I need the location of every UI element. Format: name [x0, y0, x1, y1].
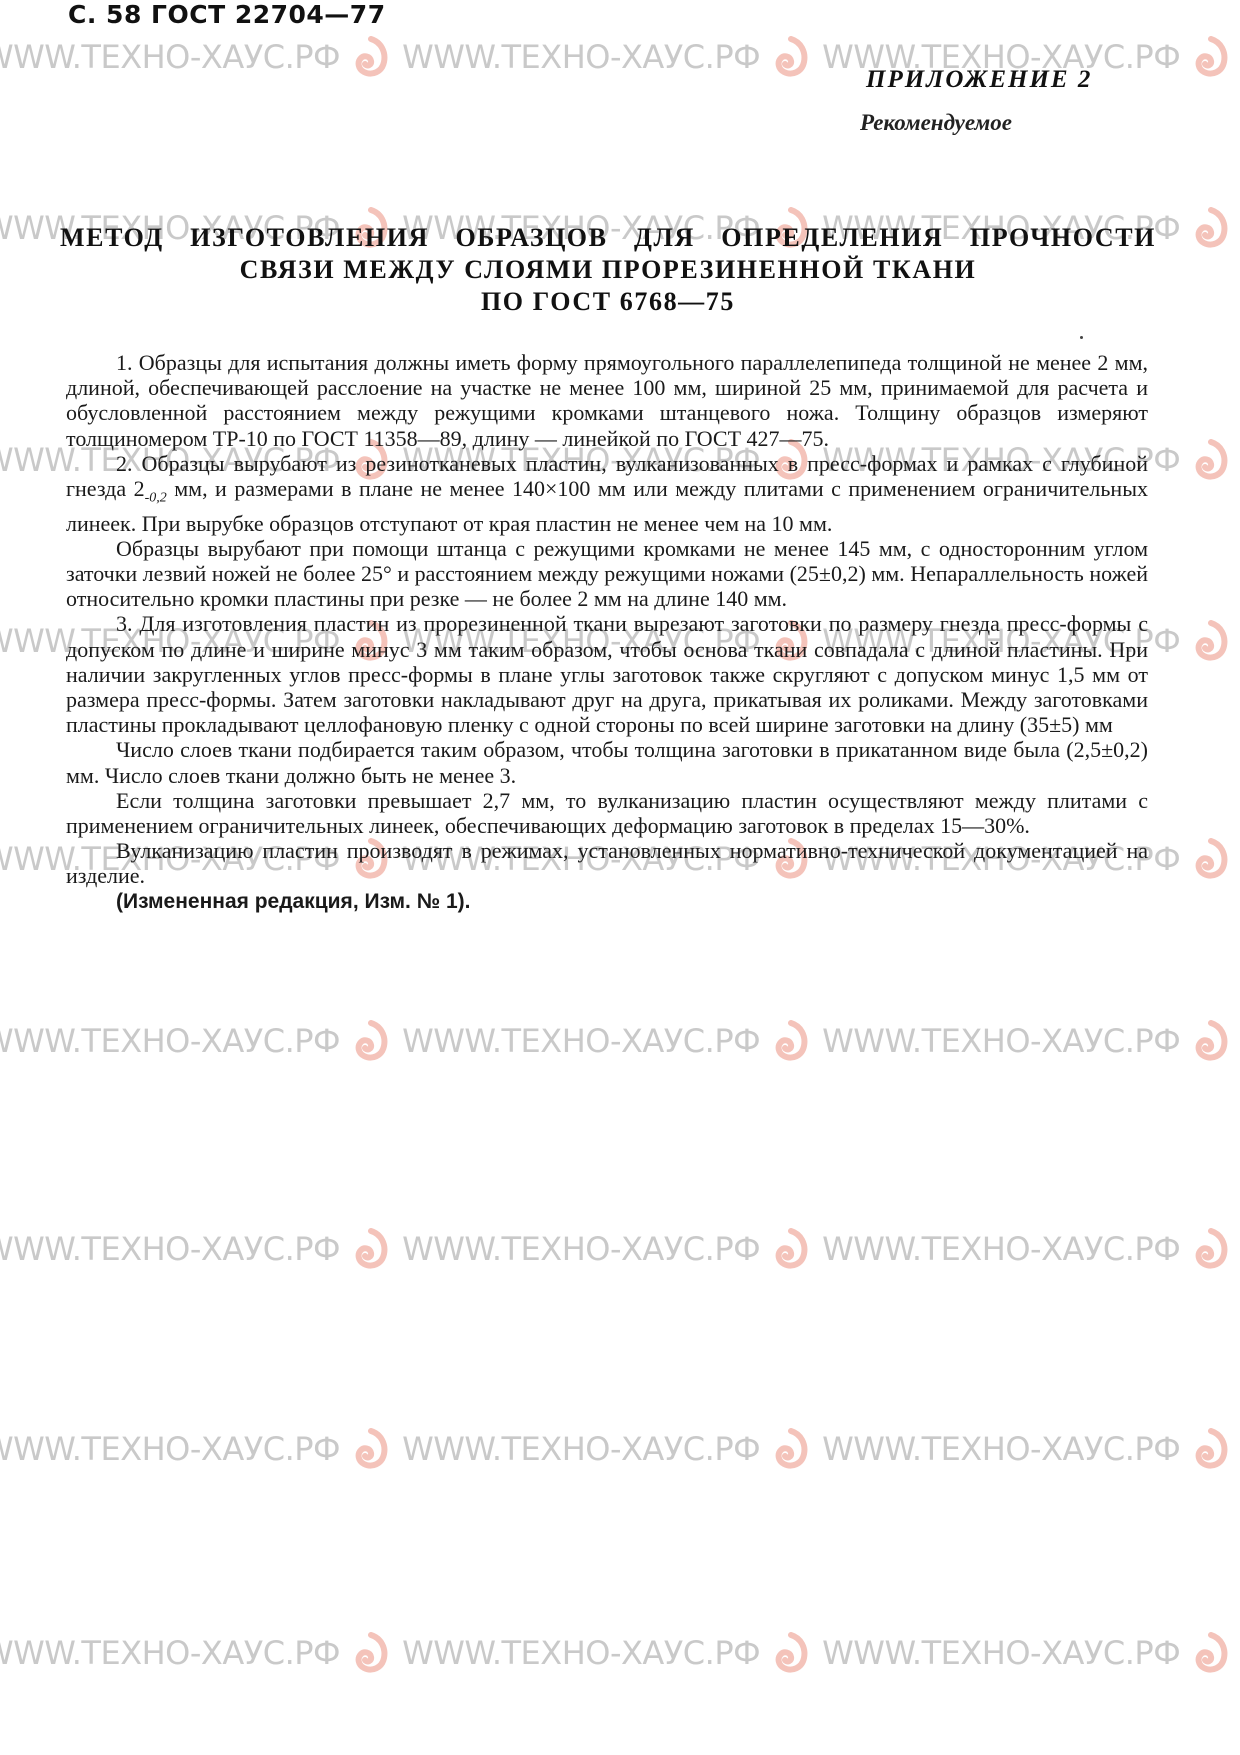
document-title: МЕТОД ИЗГОТОВЛЕНИЯ ОБРАЗЦОВ ДЛЯ ОПРЕДЕЛЕ… — [60, 222, 1156, 318]
title-line: СВЯЗИ МЕЖДУ СЛОЯМИ ПРОРЕЗИНЕННОЙ ТКАНИ — [60, 254, 1156, 286]
paragraph-2-end: мм, и размерами в плане не менее 140×100… — [66, 476, 1148, 536]
document-content: С. 58 ГОСТ 22704—77 ПРИЛОЖЕНИЕ 2 Рекомен… — [0, 0, 1240, 1755]
paragraph-2-cutting: Образцы вырубают при помощи штанца с реж… — [66, 536, 1148, 612]
amendment-note: (Измененная редакция, Изм. № 1). — [66, 889, 1148, 914]
paragraph-thickness: Если толщина заготовки превышает 2,7 мм,… — [66, 788, 1148, 838]
paragraph-vulcanization: Вулканизацию пластин производят в режима… — [66, 838, 1148, 888]
tolerance-subscript: -0,2 — [145, 490, 167, 505]
paragraph-layers: Число слоев ткани подбирается таким обра… — [66, 737, 1148, 787]
appendix-status: Рекомендуемое — [860, 110, 1012, 136]
paragraph-1: 1. Образцы для испытания должны иметь фо… — [66, 350, 1148, 451]
title-line: МЕТОД ИЗГОТОВЛЕНИЯ ОБРАЗЦОВ ДЛЯ ОПРЕДЕЛЕ… — [60, 222, 1156, 254]
document-page: WWW.ТЕХНО-ХАУС.РФWWW.ТЕХНО-ХАУС.РФWWW.ТЕ… — [0, 0, 1240, 1755]
title-line: ПО ГОСТ 6768—75 — [60, 286, 1156, 318]
document-body: 1. Образцы для испытания должны иметь фо… — [66, 350, 1148, 914]
paragraph-3: 3. Для изготовления пластин из прорезине… — [66, 611, 1148, 737]
paragraph-2: 2. Образцы вырубают из резинотканевых пл… — [66, 451, 1148, 536]
page-header: С. 58 ГОСТ 22704—77 — [68, 0, 386, 29]
appendix-label: ПРИЛОЖЕНИЕ 2 — [866, 66, 1092, 94]
stray-mark — [1080, 336, 1083, 339]
